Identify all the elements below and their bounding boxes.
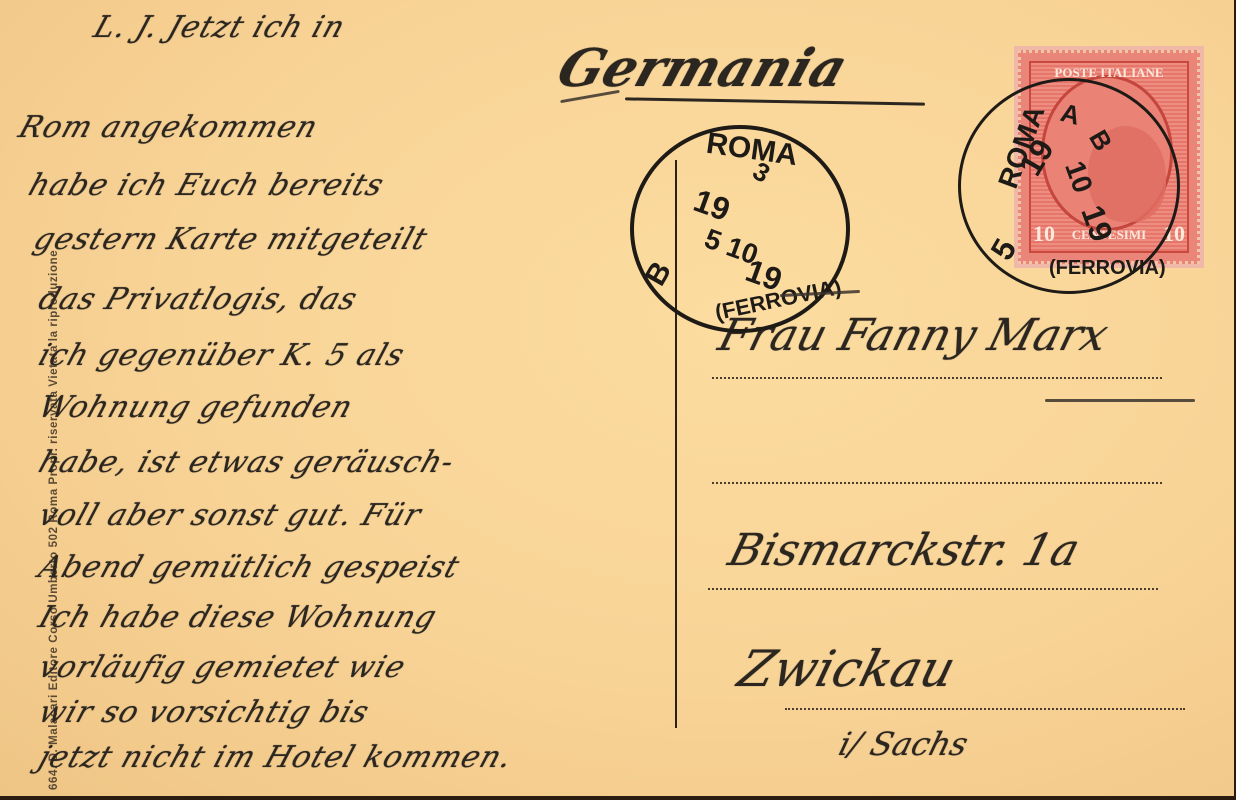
postmark-letter: B	[1082, 125, 1118, 157]
country-note: Germania	[550, 38, 855, 99]
postmark-letter: B	[639, 256, 679, 292]
message-line: ich gegenüber K. 5 als	[34, 338, 409, 373]
message-line: Ich habe diese Wohnung	[34, 600, 441, 635]
postmark-letter: A	[1057, 97, 1083, 132]
recipient-region: i/ Sachs	[835, 725, 972, 763]
stamp-top-text: POSTE ITALIANE	[1021, 65, 1197, 81]
message-line: habe ich Euch bereits	[24, 168, 388, 203]
address-line	[712, 482, 1162, 484]
message-line: Abend gemütlich gespeist	[34, 550, 464, 585]
recipient-street: Bismarckstr. 1a	[723, 525, 1085, 576]
postmark-city: ROMA	[704, 127, 799, 173]
postmark-subtitle: (FERROVIA)	[1049, 257, 1166, 280]
message-line: habe, ist etwas geräusch-	[34, 445, 459, 480]
address-line	[712, 377, 1162, 379]
address-line	[785, 708, 1185, 710]
postmark-on-stamp: ROMA A 19 10 5 19 B (FERROVIA)	[958, 78, 1180, 294]
postmark-date: 5	[983, 233, 1024, 267]
address-line	[708, 588, 1158, 590]
message-line: das Privatlogis, das	[34, 282, 362, 317]
name-underline	[1045, 399, 1195, 402]
postcard-back: 664. D. Malacari Editore Corso Umberto 5…	[0, 0, 1236, 800]
postmark-roma-ferrovia: ROMA 3 B 19 5 10 19 (FERROVIA)	[630, 125, 850, 333]
message-line: gestern Karte mitgeteilt	[29, 222, 432, 257]
message-line: wir so vorsichtig bis	[34, 695, 374, 730]
recipient-city: Zwickau	[732, 640, 961, 698]
message-line: vorläufig gemietet wie	[34, 650, 410, 685]
postmark-date: 19	[1073, 200, 1120, 246]
message-line: Rom angekommen	[14, 110, 322, 145]
message-line: jetzt nicht im Hotel kommen.	[34, 740, 517, 775]
message-line: Wohnung gefunden	[34, 390, 357, 425]
message-line: L. J. Jetzt ich in	[89, 10, 350, 45]
message-line: voll aber sonst gut. Für	[34, 498, 426, 533]
postmark-date: 10	[1058, 157, 1099, 197]
